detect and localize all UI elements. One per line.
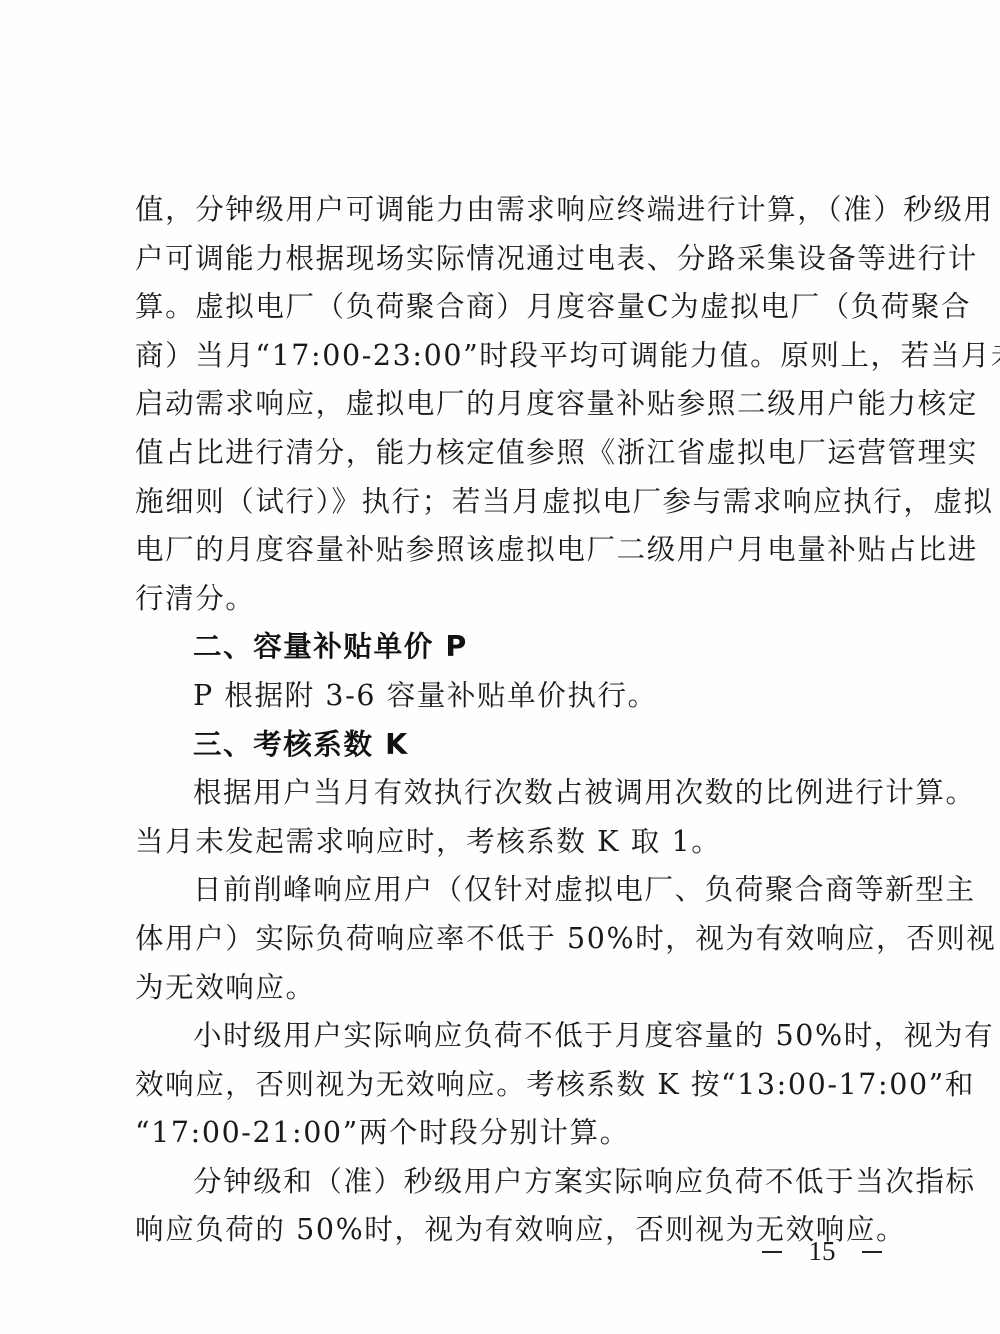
text-line: 效响应，否则视为无效响应。考核系数 K 按“13:00-17:00”和	[135, 1061, 881, 1110]
text-line: P 根据附 3-6 容量补贴单价执行。	[135, 672, 881, 721]
text-line: 电厂的月度容量补贴参照该虚拟电厂二级用户月电量补贴占比进	[135, 526, 881, 575]
page-number-footer: 15	[762, 1236, 882, 1267]
text-line: 为无效响应。	[135, 964, 881, 1013]
text-line: 分钟级和（准）秒级用户方案实际响应负荷不低于当次指标	[135, 1158, 881, 1207]
text-line: 行清分。	[135, 575, 881, 624]
document-body: 值，分钟级用户可调能力由需求响应终端进行计算，（准）秒级用 户可调能力根据现场实…	[135, 186, 881, 1255]
text-line: 小时级用户实际响应负荷不低于月度容量的 50%时，视为有	[135, 1012, 881, 1061]
text-line: 值占比进行清分，能力核定值参照《浙江省虚拟电厂运营管理实	[135, 429, 881, 478]
text-line: 根据用户当月有效执行次数占被调用次数的比例进行计算。	[135, 769, 881, 818]
text-line: 启动需求响应，虚拟电厂的月度容量补贴参照二级用户能力核定	[135, 380, 881, 429]
text-line: 日前削峰响应用户（仅针对虚拟电厂、负荷聚合商等新型主	[135, 866, 881, 915]
text-line: 算。虚拟电厂（负荷聚合商）月度容量C为虚拟电厂（负荷聚合	[135, 283, 881, 332]
document-page: 值，分钟级用户可调能力由需求响应终端进行计算，（准）秒级用 户可调能力根据现场实…	[0, 0, 1000, 1334]
text-line: 值，分钟级用户可调能力由需求响应终端进行计算，（准）秒级用	[135, 186, 881, 235]
text-line: 当月未发起需求响应时，考核系数 K 取 1。	[135, 818, 881, 867]
text-line: “17:00-21:00”两个时段分别计算。	[135, 1109, 881, 1158]
page-number: 15	[809, 1236, 836, 1267]
text-line: 体用户）实际负荷响应率不低于 50%时，视为有效响应，否则视	[135, 915, 881, 964]
text-line: 商）当月“17:00-23:00”时段平均可调能力值。原则上，若当月未	[135, 332, 881, 381]
section-heading-assessment-coefficient: 三、考核系数 K	[135, 721, 881, 770]
text-line: 施细则（试行）》执行；若当月虚拟电厂参与需求响应执行，虚拟	[135, 478, 881, 527]
dash-right	[862, 1251, 882, 1253]
text-line: 户可调能力根据现场实际情况通过电表、分路采集设备等进行计	[135, 235, 881, 284]
dash-left	[762, 1251, 782, 1253]
section-heading-unit-price: 二、容量补贴单价 P	[135, 623, 881, 672]
